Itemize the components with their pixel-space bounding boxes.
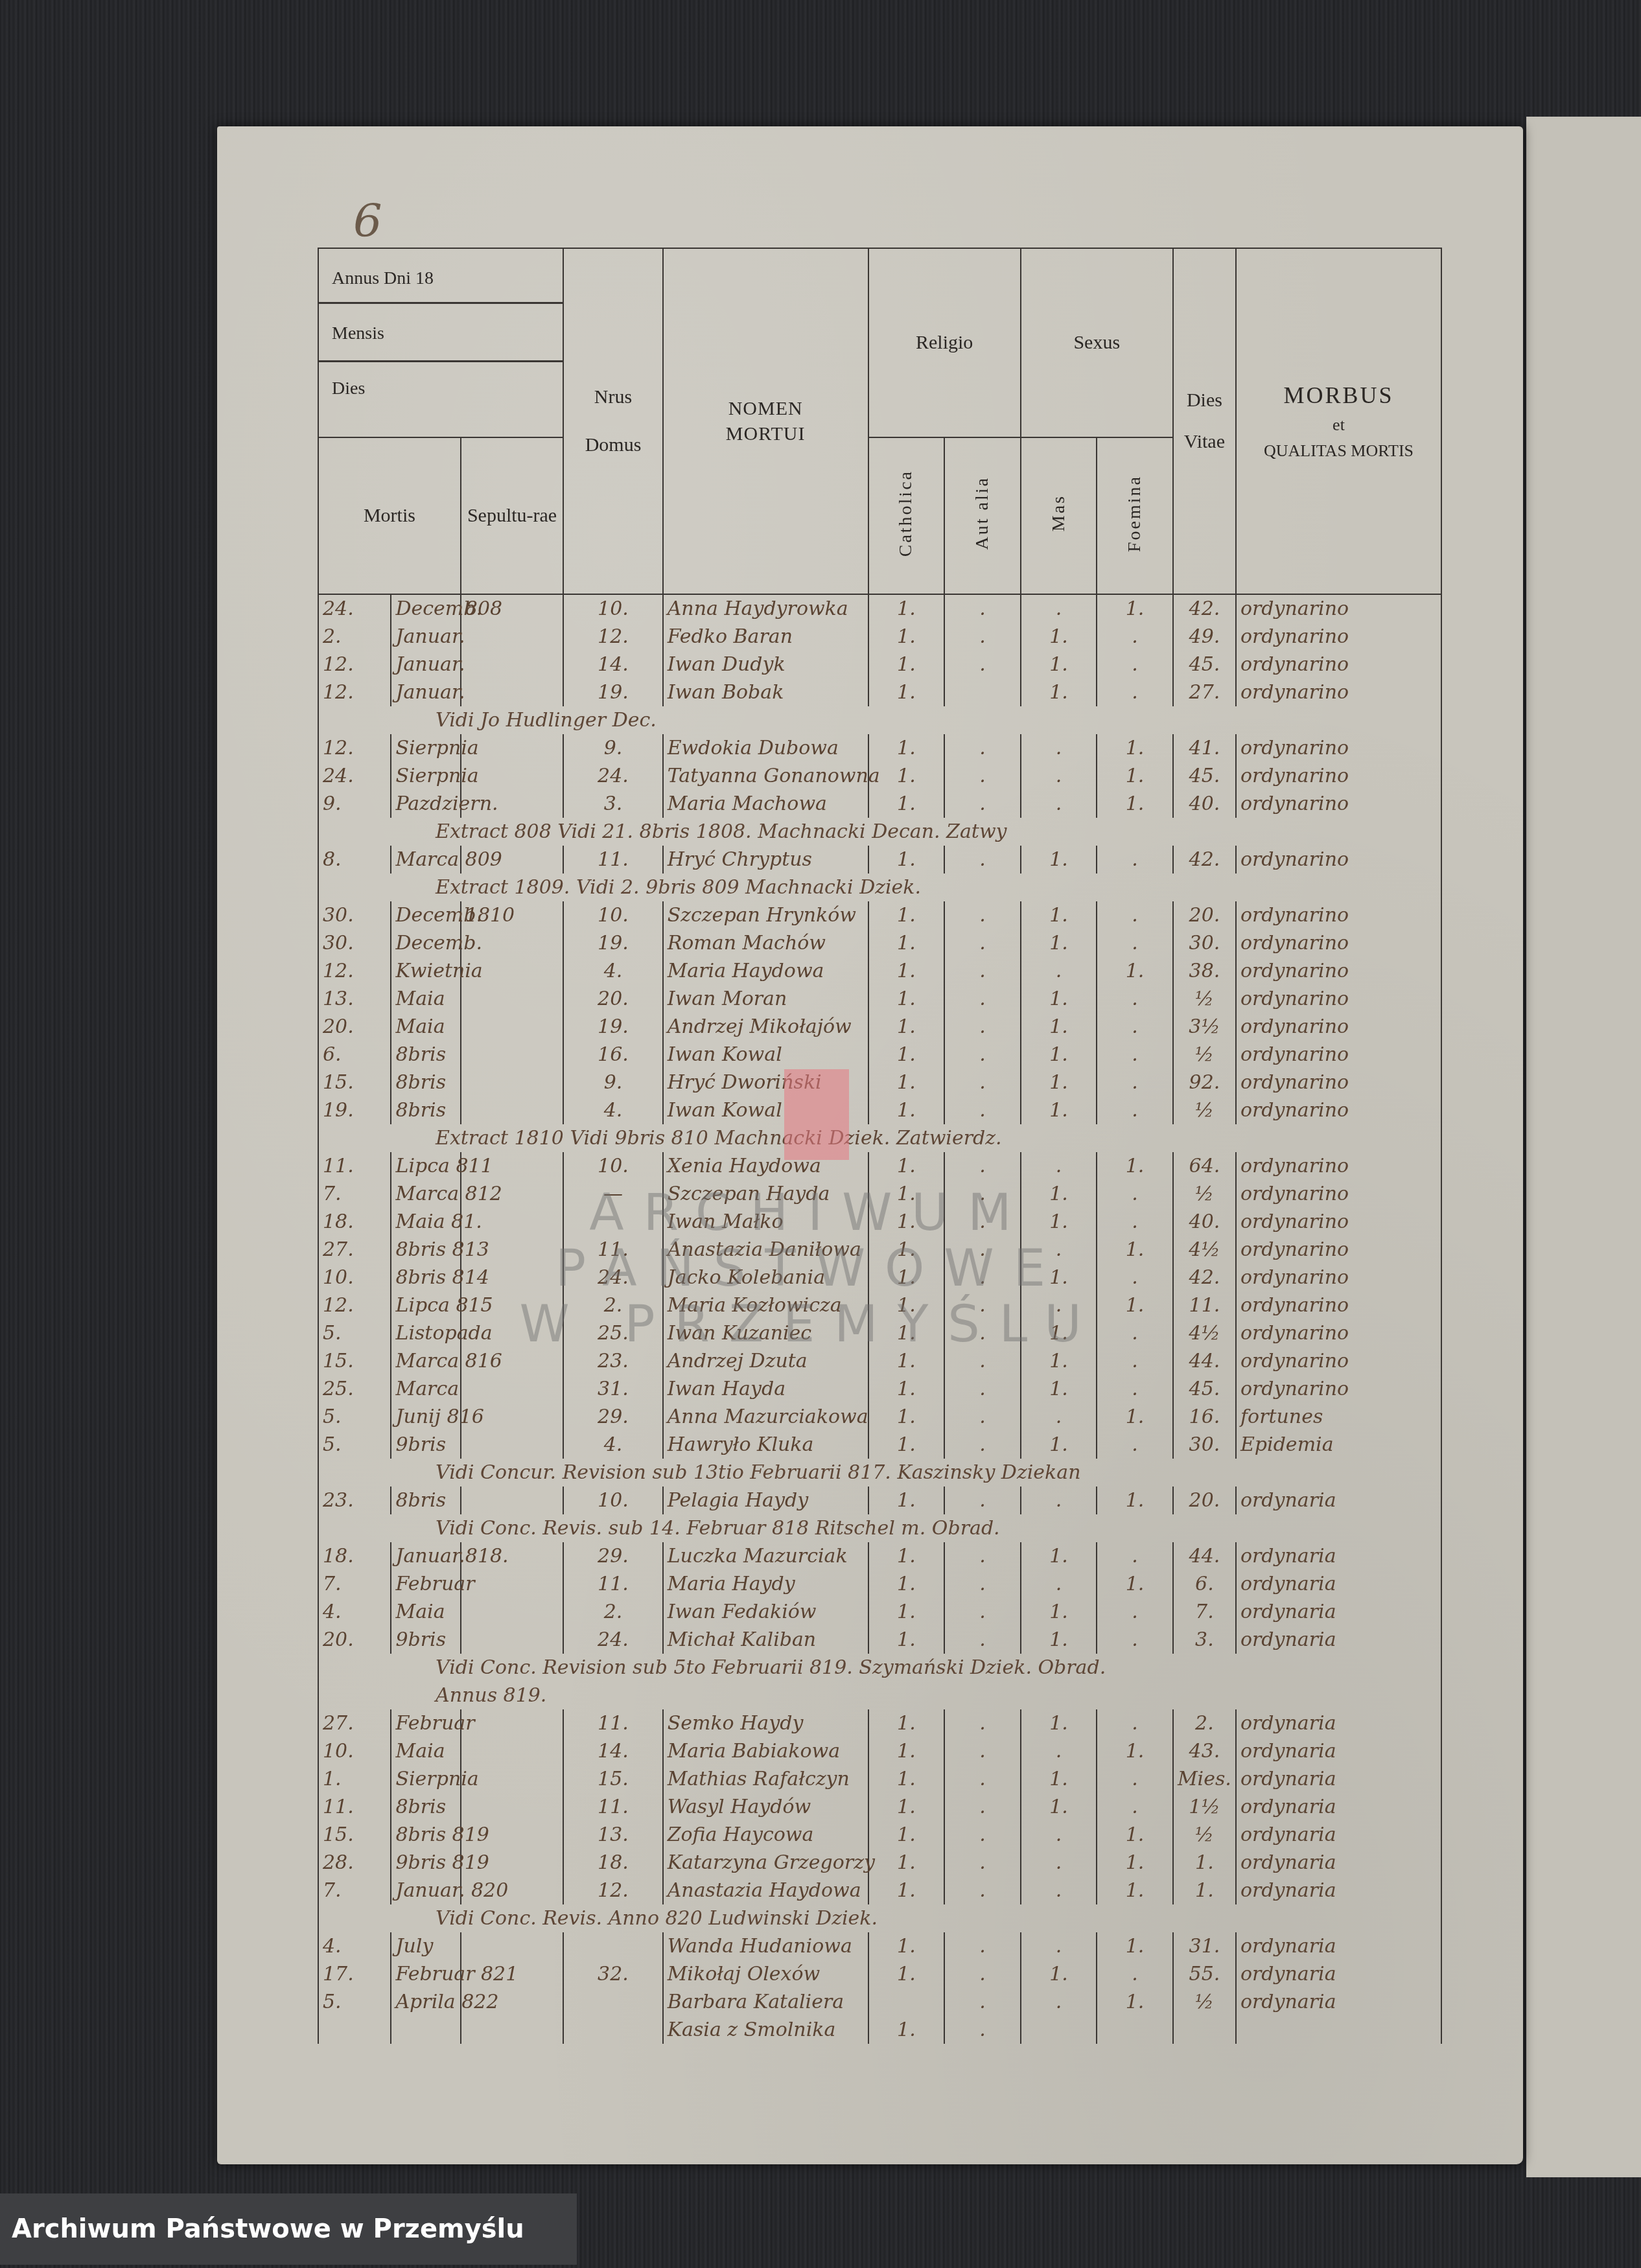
cell-mensis: Sierpnia: [391, 734, 460, 762]
cell-vitae: ½: [1173, 1096, 1236, 1124]
cell-foem: 1.: [1097, 1821, 1173, 1849]
cell-dies: 15.: [318, 1347, 391, 1375]
cell-vitae: 30.: [1173, 1431, 1236, 1459]
cell-mas: .: [1021, 1152, 1097, 1180]
cell-alia: .: [944, 1709, 1021, 1737]
cell-foem: 1.: [1097, 1737, 1173, 1765]
cell-morbus: ordynaria: [1236, 1487, 1441, 1514]
header-date: Annus Dni 18 Mensis Dies: [318, 248, 563, 437]
cell-morbus: ordynarino: [1236, 623, 1441, 651]
cell-morbus: ordynarino: [1236, 678, 1441, 706]
cell-foem: [1097, 2016, 1173, 2044]
cell-mas: .: [1021, 1821, 1097, 1849]
cell-cath: 1.: [868, 1375, 945, 1403]
cell-morbus: ordynarino: [1236, 957, 1441, 985]
cell-morbus: ordynarino: [1236, 1319, 1441, 1347]
cell-sep: 1810: [461, 901, 564, 929]
cell-mas: [1021, 2016, 1097, 2044]
cell-mas: 1.: [1021, 1765, 1097, 1793]
cell-mensis: Maia: [391, 1598, 460, 1626]
cell-mas: 1.: [1021, 1626, 1097, 1654]
cell-morbus: ordynaria: [1236, 1877, 1441, 1904]
cell-cath: 1.: [868, 1403, 945, 1431]
cell-foem: .: [1097, 678, 1173, 706]
cell-cath: 1.: [868, 901, 945, 929]
cell-mas: .: [1021, 1849, 1097, 1877]
cell-mensis: Aprila 822: [391, 1988, 460, 2016]
cell-dies: 15.: [318, 1069, 391, 1096]
cell-domus: [563, 1932, 662, 1960]
register-entry-row: 24.Decemb.80810.Anna Haydyrowka1...1.42.…: [318, 594, 1441, 623]
cell-foem: .: [1097, 1431, 1173, 1459]
register-entry-row: 15.8bris 81913.Zofia Haycowa1...1.½ordyn…: [318, 1821, 1441, 1849]
cell-sep: [461, 1069, 564, 1096]
cell-cath: 1.: [868, 1152, 945, 1180]
cell-mensis: 8bris: [391, 1041, 460, 1069]
header-morbus-title: MORBUS: [1237, 382, 1441, 409]
cell-vitae: 64.: [1173, 1152, 1236, 1180]
cell-domus: 16.: [563, 1041, 662, 1069]
cell-dies: 30.: [318, 901, 391, 929]
cell-dies: 12.: [318, 734, 391, 762]
cell-dies: 10.: [318, 1264, 391, 1291]
register-note-row: Vidi Jo Hudlinger Dec.: [318, 706, 1441, 734]
cell-cath: 1.: [868, 1487, 945, 1514]
cell-dies: 30.: [318, 929, 391, 957]
cell-sep: [461, 1013, 564, 1041]
cell-alia: .: [944, 1069, 1021, 1096]
cell-alia: .: [944, 985, 1021, 1013]
register-entry-row: 12.Sierpnia9.Ewdokia Dubowa1...1.41.ordy…: [318, 734, 1441, 762]
cell-mensis: Maia: [391, 985, 460, 1013]
cell-vitae: 40.: [1173, 790, 1236, 818]
cell-nomen: Kasia z Smolnika: [663, 2016, 868, 2044]
cell-mas: 1.: [1021, 1375, 1097, 1403]
cell-mensis: Februar 821: [391, 1960, 460, 1988]
register-annotation: Extract 1810 Vidi 9bris 810 Machnacki Dz…: [318, 1124, 1441, 1152]
cell-morbus: ordynarino: [1236, 1347, 1441, 1375]
cell-foem: .: [1097, 1598, 1173, 1626]
cell-nomen: Zofia Haycowa: [663, 1821, 868, 1849]
cell-mensis: Marca: [391, 1375, 460, 1403]
cell-cath: 1.: [868, 1542, 945, 1570]
red-highlight-mark: [784, 1069, 849, 1160]
cell-morbus: ordynarino: [1236, 1096, 1441, 1124]
cell-mas: .: [1021, 1487, 1097, 1514]
cell-foem: .: [1097, 1542, 1173, 1570]
cell-dies: 27.: [318, 1709, 391, 1737]
register-entry-row: 1.Sierpnia15.Mathias Rafałczyn1..1..Mies…: [318, 1765, 1441, 1793]
cell-foem: .: [1097, 901, 1173, 929]
register-entry-row: 5.Junij 81629.Anna Mazurciakowa1...1.16.…: [318, 1403, 1441, 1431]
cell-mensis: Januar.: [391, 651, 460, 678]
archive-caption-bar: Archiwum Państwowe w Przemyślu: [0, 2193, 577, 2265]
cell-domus: 29.: [563, 1542, 662, 1570]
header-sexus: Sexus: [1021, 248, 1173, 437]
register-entry-row: 12.Kwietnia4.Maria Haydowa1...1.38.ordyn…: [318, 957, 1441, 985]
cell-vitae: 42.: [1173, 846, 1236, 874]
cell-dies: 24.: [318, 594, 391, 623]
header-dies: Dies: [332, 378, 365, 399]
cell-sep: [461, 623, 564, 651]
register-entry-row: 23.8bris10.Pelagia Haydy1...1.20.ordynar…: [318, 1487, 1441, 1514]
cell-sep: [461, 1598, 564, 1626]
cell-nomen: Mathias Rafałczyn: [663, 1765, 868, 1793]
cell-mas: .: [1021, 1403, 1097, 1431]
cell-vitae: 41.: [1173, 734, 1236, 762]
cell-sep: [461, 1932, 564, 1960]
cell-vitae: ½: [1173, 1041, 1236, 1069]
cell-foem: 1.: [1097, 1487, 1173, 1514]
cell-dies: 24.: [318, 762, 391, 790]
cell-nomen: Semko Haydy: [663, 1709, 868, 1737]
cell-dies: 28.: [318, 1849, 391, 1877]
header-mas: Mas: [1021, 437, 1097, 594]
cell-mensis: 9bris 819: [391, 1849, 460, 1877]
cell-morbus: ordynaria: [1236, 1988, 1441, 2016]
register-entry-row: 17.Februar 82132.Mikołaj Olexów1..1..55.…: [318, 1960, 1441, 1988]
cell-sep: [461, 651, 564, 678]
cell-cath: 1.: [868, 1932, 945, 1960]
cell-nomen: Szczepan Hrynków: [663, 901, 868, 929]
register-entry-row: 24.Sierpnia24.Tatyanna Gonanowna1...1.45…: [318, 762, 1441, 790]
cell-foem: .: [1097, 846, 1173, 874]
cell-cath: 1.: [868, 1041, 945, 1069]
cell-mensis: 8bris: [391, 1793, 460, 1821]
cell-alia: .: [944, 1988, 1021, 2016]
cell-nomen: Hawryło Kluka: [663, 1431, 868, 1459]
cell-nomen: Iwan Bobak: [663, 678, 868, 706]
cell-alia: .: [944, 1542, 1021, 1570]
cell-vitae: 31.: [1173, 1932, 1236, 1960]
cell-nomen: Fedko Baran: [663, 623, 868, 651]
cell-alia: .: [944, 901, 1021, 929]
cell-sep: [461, 1737, 564, 1765]
cell-sep: 818.: [461, 1542, 564, 1570]
cell-foem: 1.: [1097, 1849, 1173, 1877]
cell-vitae: 3.: [1173, 1626, 1236, 1654]
cell-mensis: July: [391, 1932, 460, 1960]
cell-nomen: Wanda Hudaniowa: [663, 1932, 868, 1960]
header-nomen-mortui: NOMEN MORTUI: [663, 248, 868, 594]
register-annotation: Vidi Conc. Revis. Anno 820 Ludwinski Dzi…: [318, 1904, 1441, 1932]
cell-nomen: Roman Machów: [663, 929, 868, 957]
cell-mensis: Junij 816: [391, 1403, 460, 1431]
cell-foem: .: [1097, 1765, 1173, 1793]
cell-cath: 1.: [868, 846, 945, 874]
cell-morbus: ordynarino: [1236, 1208, 1441, 1236]
cell-mensis: Decemb.: [391, 929, 460, 957]
cell-dies: 11.: [318, 1793, 391, 1821]
cell-vitae: ½: [1173, 1988, 1236, 2016]
cell-morbus: ordynaria: [1236, 1793, 1441, 1821]
cell-nomen: Ewdokia Dubowa: [663, 734, 868, 762]
cell-alia: .: [944, 1737, 1021, 1765]
cell-mensis: Sierpnia: [391, 1765, 460, 1793]
cell-domus: 20.: [563, 985, 662, 1013]
cell-sep: [461, 1626, 564, 1654]
cell-cath: 1.: [868, 1431, 945, 1459]
cell-foem: 1.: [1097, 1988, 1173, 2016]
cell-dies: 12.: [318, 957, 391, 985]
cell-vitae: 1½: [1173, 1793, 1236, 1821]
watermark-line-1: ARCHIWUM PAŃSTWOWE: [389, 1186, 1231, 1297]
cell-alia: .: [944, 1765, 1021, 1793]
cell-morbus: ordynarino: [1236, 594, 1441, 623]
register-annotation: Vidi Conc. Revision sub 5to Februarii 81…: [318, 1654, 1441, 1682]
cell-foem: .: [1097, 1709, 1173, 1737]
register-note-row: Vidi Concur. Revision sub 13tio Februari…: [318, 1459, 1441, 1487]
register-note-row: Extract 808 Vidi 21. 8bris 1808. Machnac…: [318, 818, 1441, 846]
cell-dies: 15.: [318, 1821, 391, 1849]
cell-sep: [461, 1487, 564, 1514]
cell-foem: 1.: [1097, 1570, 1173, 1598]
cell-foem: 1.: [1097, 1932, 1173, 1960]
cell-sep: 808: [461, 594, 564, 623]
cell-dies: 20.: [318, 1013, 391, 1041]
cell-dies: 17.: [318, 1960, 391, 1988]
cell-nomen: Maria Haydowa: [663, 957, 868, 985]
cell-mensis: Januar.: [391, 1542, 460, 1570]
cell-vitae: 1.: [1173, 1877, 1236, 1904]
header-morbus: MORBUS et QUALITAS MORTIS: [1236, 248, 1441, 594]
cell-morbus: ordynaria: [1236, 1932, 1441, 1960]
cell-alia: .: [944, 1960, 1021, 1988]
cell-nomen: Michał Kaliban: [663, 1626, 868, 1654]
cell-domus: 10.: [563, 594, 662, 623]
cell-nomen: Luczka Mazurciak: [663, 1542, 868, 1570]
cell-mas: .: [1021, 1988, 1097, 2016]
cell-vitae: 30.: [1173, 929, 1236, 957]
cell-dies: 7.: [318, 1570, 391, 1598]
cell-mas: 1.: [1021, 929, 1097, 957]
cell-alia: .: [944, 1570, 1021, 1598]
cell-mas: 1.: [1021, 985, 1097, 1013]
cell-mensis: 8bris: [391, 1069, 460, 1096]
cell-sep: [461, 1570, 564, 1598]
cell-foem: .: [1097, 1069, 1173, 1096]
cell-morbus: ordynaria: [1236, 1765, 1441, 1793]
cell-mas: 1.: [1021, 1013, 1097, 1041]
cell-nomen: Iwan Moran: [663, 985, 868, 1013]
register-entry-row: 11.Lipca 81110.Xenia Haydowa1...1.64.ord…: [318, 1152, 1441, 1180]
cell-dies: 5.: [318, 1988, 391, 2016]
cell-morbus: ordynaria: [1236, 1849, 1441, 1877]
cell-nomen: Iwan Kowal: [663, 1041, 868, 1069]
cell-morbus: Epidemia: [1236, 1431, 1441, 1459]
register-annotation: Vidi Conc. Revis. sub 14. Februar 818 Ri…: [318, 1514, 1441, 1542]
cell-nomen: Maria Machowa: [663, 790, 868, 818]
archive-caption: Archiwum Państwowe w Przemyślu: [0, 2214, 524, 2244]
cell-foem: .: [1097, 1096, 1173, 1124]
cell-mas: 1.: [1021, 846, 1097, 874]
cell-vitae: 45.: [1173, 1375, 1236, 1403]
cell-foem: 1.: [1097, 762, 1173, 790]
cell-dies: 1.: [318, 1765, 391, 1793]
register-entry-row: 15.8bris9.Hryć Dworiński1..1..92.ordynar…: [318, 1069, 1441, 1096]
cell-domus: 2.: [563, 1598, 662, 1626]
cell-dies: 7.: [318, 1877, 391, 1904]
cell-vitae: 20.: [1173, 1487, 1236, 1514]
cell-dies: 12.: [318, 1291, 391, 1319]
cell-dies: 5.: [318, 1319, 391, 1347]
cell-vitae: 45.: [1173, 651, 1236, 678]
cell-vitae: 92.: [1173, 1069, 1236, 1096]
cell-alia: .: [944, 1626, 1021, 1654]
cell-dies: 18.: [318, 1208, 391, 1236]
cell-dies: 27.: [318, 1236, 391, 1264]
cell-cath: 1.: [868, 1626, 945, 1654]
header-dies-vitae: Dies Vitae: [1173, 248, 1236, 594]
register-annotation: Extract 808 Vidi 21. 8bris 1808. Machnac…: [318, 818, 1441, 846]
cell-nomen: Anna Haydyrowka: [663, 594, 868, 623]
cell-foem: .: [1097, 1041, 1173, 1069]
cell-cath: [868, 1988, 945, 2016]
register-entry-row: 28.9bris 81918.Katarzyna Grzegorzy1...1.…: [318, 1849, 1441, 1877]
cell-vitae: 43.: [1173, 1737, 1236, 1765]
cell-mensis: Decemb.: [391, 594, 460, 623]
cell-dies: 19.: [318, 1096, 391, 1124]
register-entry-row: 10.Maia14.Maria Babiakowa1...1.43.ordyna…: [318, 1737, 1441, 1765]
cell-mas: 1.: [1021, 1542, 1097, 1570]
cell-sep: [461, 1709, 564, 1737]
cell-mas: 1.: [1021, 1096, 1097, 1124]
cell-mas: 1.: [1021, 1793, 1097, 1821]
cell-domus: 18.: [563, 1849, 662, 1877]
cell-foem: .: [1097, 1793, 1173, 1821]
cell-foem: 1.: [1097, 594, 1173, 623]
cell-alia: .: [944, 846, 1021, 874]
cell-nomen: Iwan Fedakiów: [663, 1598, 868, 1626]
cell-morbus: ordynarino: [1236, 651, 1441, 678]
header-domus: Domus: [564, 434, 662, 456]
cell-vitae: [1173, 2016, 1236, 2044]
cell-alia: .: [944, 929, 1021, 957]
cell-morbus: ordynarino: [1236, 1041, 1441, 1069]
cell-alia: .: [944, 1403, 1021, 1431]
cell-vitae: 7.: [1173, 1598, 1236, 1626]
cell-cath: 1.: [868, 1960, 945, 1988]
cell-nomen: Tatyanna Gonanowna: [663, 762, 868, 790]
cell-sep: [461, 1793, 564, 1821]
cell-cath: 1.: [868, 1849, 945, 1877]
cell-cath: 1.: [868, 678, 945, 706]
cell-dies: 11.: [318, 1152, 391, 1180]
cell-foem: .: [1097, 1960, 1173, 1988]
cell-mensis: 8bris: [391, 1487, 460, 1514]
cell-morbus: ordynarino: [1236, 1291, 1441, 1319]
cell-cath: 1.: [868, 1013, 945, 1041]
cell-foem: .: [1097, 1626, 1173, 1654]
cell-morbus: [1236, 2016, 1441, 2044]
cell-mensis: Kwietnia: [391, 957, 460, 985]
header-aut-alia-label: Aut alia: [972, 476, 993, 550]
cell-vitae: 20.: [1173, 901, 1236, 929]
cell-domus: 11.: [563, 1709, 662, 1737]
cell-dies: 5.: [318, 1403, 391, 1431]
cell-alia: .: [944, 734, 1021, 762]
cell-dies: 5.: [318, 1431, 391, 1459]
adjacent-page-edge: [1526, 117, 1641, 2177]
archive-watermark: ARCHIWUM PAŃSTWOWE W PRZEMYŚLU: [389, 1186, 1231, 1352]
header-nomen: NOMEN: [664, 396, 868, 421]
header-et: et: [1237, 415, 1441, 435]
folio-number: 6: [353, 194, 382, 248]
cell-morbus: ordynarino: [1236, 1013, 1441, 1041]
cell-vitae: ½: [1173, 1821, 1236, 1849]
cell-mas: .: [1021, 762, 1097, 790]
cell-cath: 1.: [868, 594, 945, 623]
register-entry-row: 27.Februar11.Semko Haydy1..1..2.ordynari…: [318, 1709, 1441, 1737]
cell-vitae: 3½: [1173, 1013, 1236, 1041]
register-note-row: Vidi Conc. Revis. sub 14. Februar 818 Ri…: [318, 1514, 1441, 1542]
cell-nomen: Hryć Chryptus: [663, 846, 868, 874]
cell-dies: 8.: [318, 846, 391, 874]
register-entry-row: 30.Decemb.19.Roman Machów1..1..30.ordyna…: [318, 929, 1441, 957]
death-register-table: Annus Dni 18 Mensis Dies Nrus Domus NOME…: [318, 248, 1442, 2044]
cell-nomen: Katarzyna Grzegorzy: [663, 1849, 868, 1877]
cell-alia: .: [944, 2016, 1021, 2044]
register-annotation: Vidi Concur. Revision sub 13tio Februari…: [318, 1459, 1441, 1487]
register-entry-row: 19.8bris4.Iwan Kowal1..1..½ordynarino: [318, 1096, 1441, 1124]
cell-alia: .: [944, 1041, 1021, 1069]
register-entry-row: 25.Marca31.Iwan Hayda1..1..45.ordynarino: [318, 1375, 1441, 1403]
cell-dies: 9.: [318, 790, 391, 818]
cell-mas: 1.: [1021, 1960, 1097, 1988]
register-entry-row: 12.Januar.19.Iwan Bobak1.1..27.ordynarin…: [318, 678, 1441, 706]
cell-dies: 2.: [318, 623, 391, 651]
header-vitae: Vitae: [1174, 431, 1235, 453]
cell-domus: 15.: [563, 1765, 662, 1793]
register-note-row: Annus 819.: [318, 1682, 1441, 1709]
cell-cath: 1.: [868, 1793, 945, 1821]
register-entry-row: 7.Februar11.Maria Haydy1...1.6.ordynaria: [318, 1570, 1441, 1598]
cell-vitae: 16.: [1173, 1403, 1236, 1431]
cell-morbus: ordynaria: [1236, 1542, 1441, 1570]
cell-foem: .: [1097, 985, 1173, 1013]
cell-mas: 1.: [1021, 1069, 1097, 1096]
register-entry-row: 13.Maia20.Iwan Moran1..1..½ordynarino: [318, 985, 1441, 1013]
cell-mas: .: [1021, 594, 1097, 623]
cell-domus: 14.: [563, 1737, 662, 1765]
cell-domus: 9.: [563, 1069, 662, 1096]
cell-domus: 3.: [563, 790, 662, 818]
cell-nomen: Pelagia Haydy: [663, 1487, 868, 1514]
header-dies-vitae-top: Dies: [1174, 389, 1235, 411]
cell-nomen: Andrzej Mikołajów: [663, 1013, 868, 1041]
cell-mas: .: [1021, 790, 1097, 818]
cell-alia: .: [944, 1375, 1021, 1403]
cell-nomen: Anna Mazurciakowa: [663, 1403, 868, 1431]
cell-dies: 12.: [318, 651, 391, 678]
cell-morbus: ordynaria: [1236, 1570, 1441, 1598]
register-entry-row: 18.Januar.818.29.Luczka Mazurciak1..1..4…: [318, 1542, 1441, 1570]
cell-alia: .: [944, 1877, 1021, 1904]
header-catholica-label: Catholica: [896, 470, 916, 557]
cell-morbus: ordynarino: [1236, 762, 1441, 790]
cell-morbus: ordynarino: [1236, 1152, 1441, 1180]
cell-morbus: ordynarino: [1236, 985, 1441, 1013]
cell-morbus: ordynaria: [1236, 1598, 1441, 1626]
cell-domus: 4.: [563, 957, 662, 985]
cell-vitae: 49.: [1173, 623, 1236, 651]
register-note-row: Vidi Conc. Revis. Anno 820 Ludwinski Dzi…: [318, 1904, 1441, 1932]
cell-alia: .: [944, 1096, 1021, 1124]
header-aut-alia: Aut alia: [944, 437, 1021, 594]
cell-foem: 1.: [1097, 957, 1173, 985]
cell-morbus: ordynarino: [1236, 1069, 1441, 1096]
cell-dies: 13.: [318, 985, 391, 1013]
